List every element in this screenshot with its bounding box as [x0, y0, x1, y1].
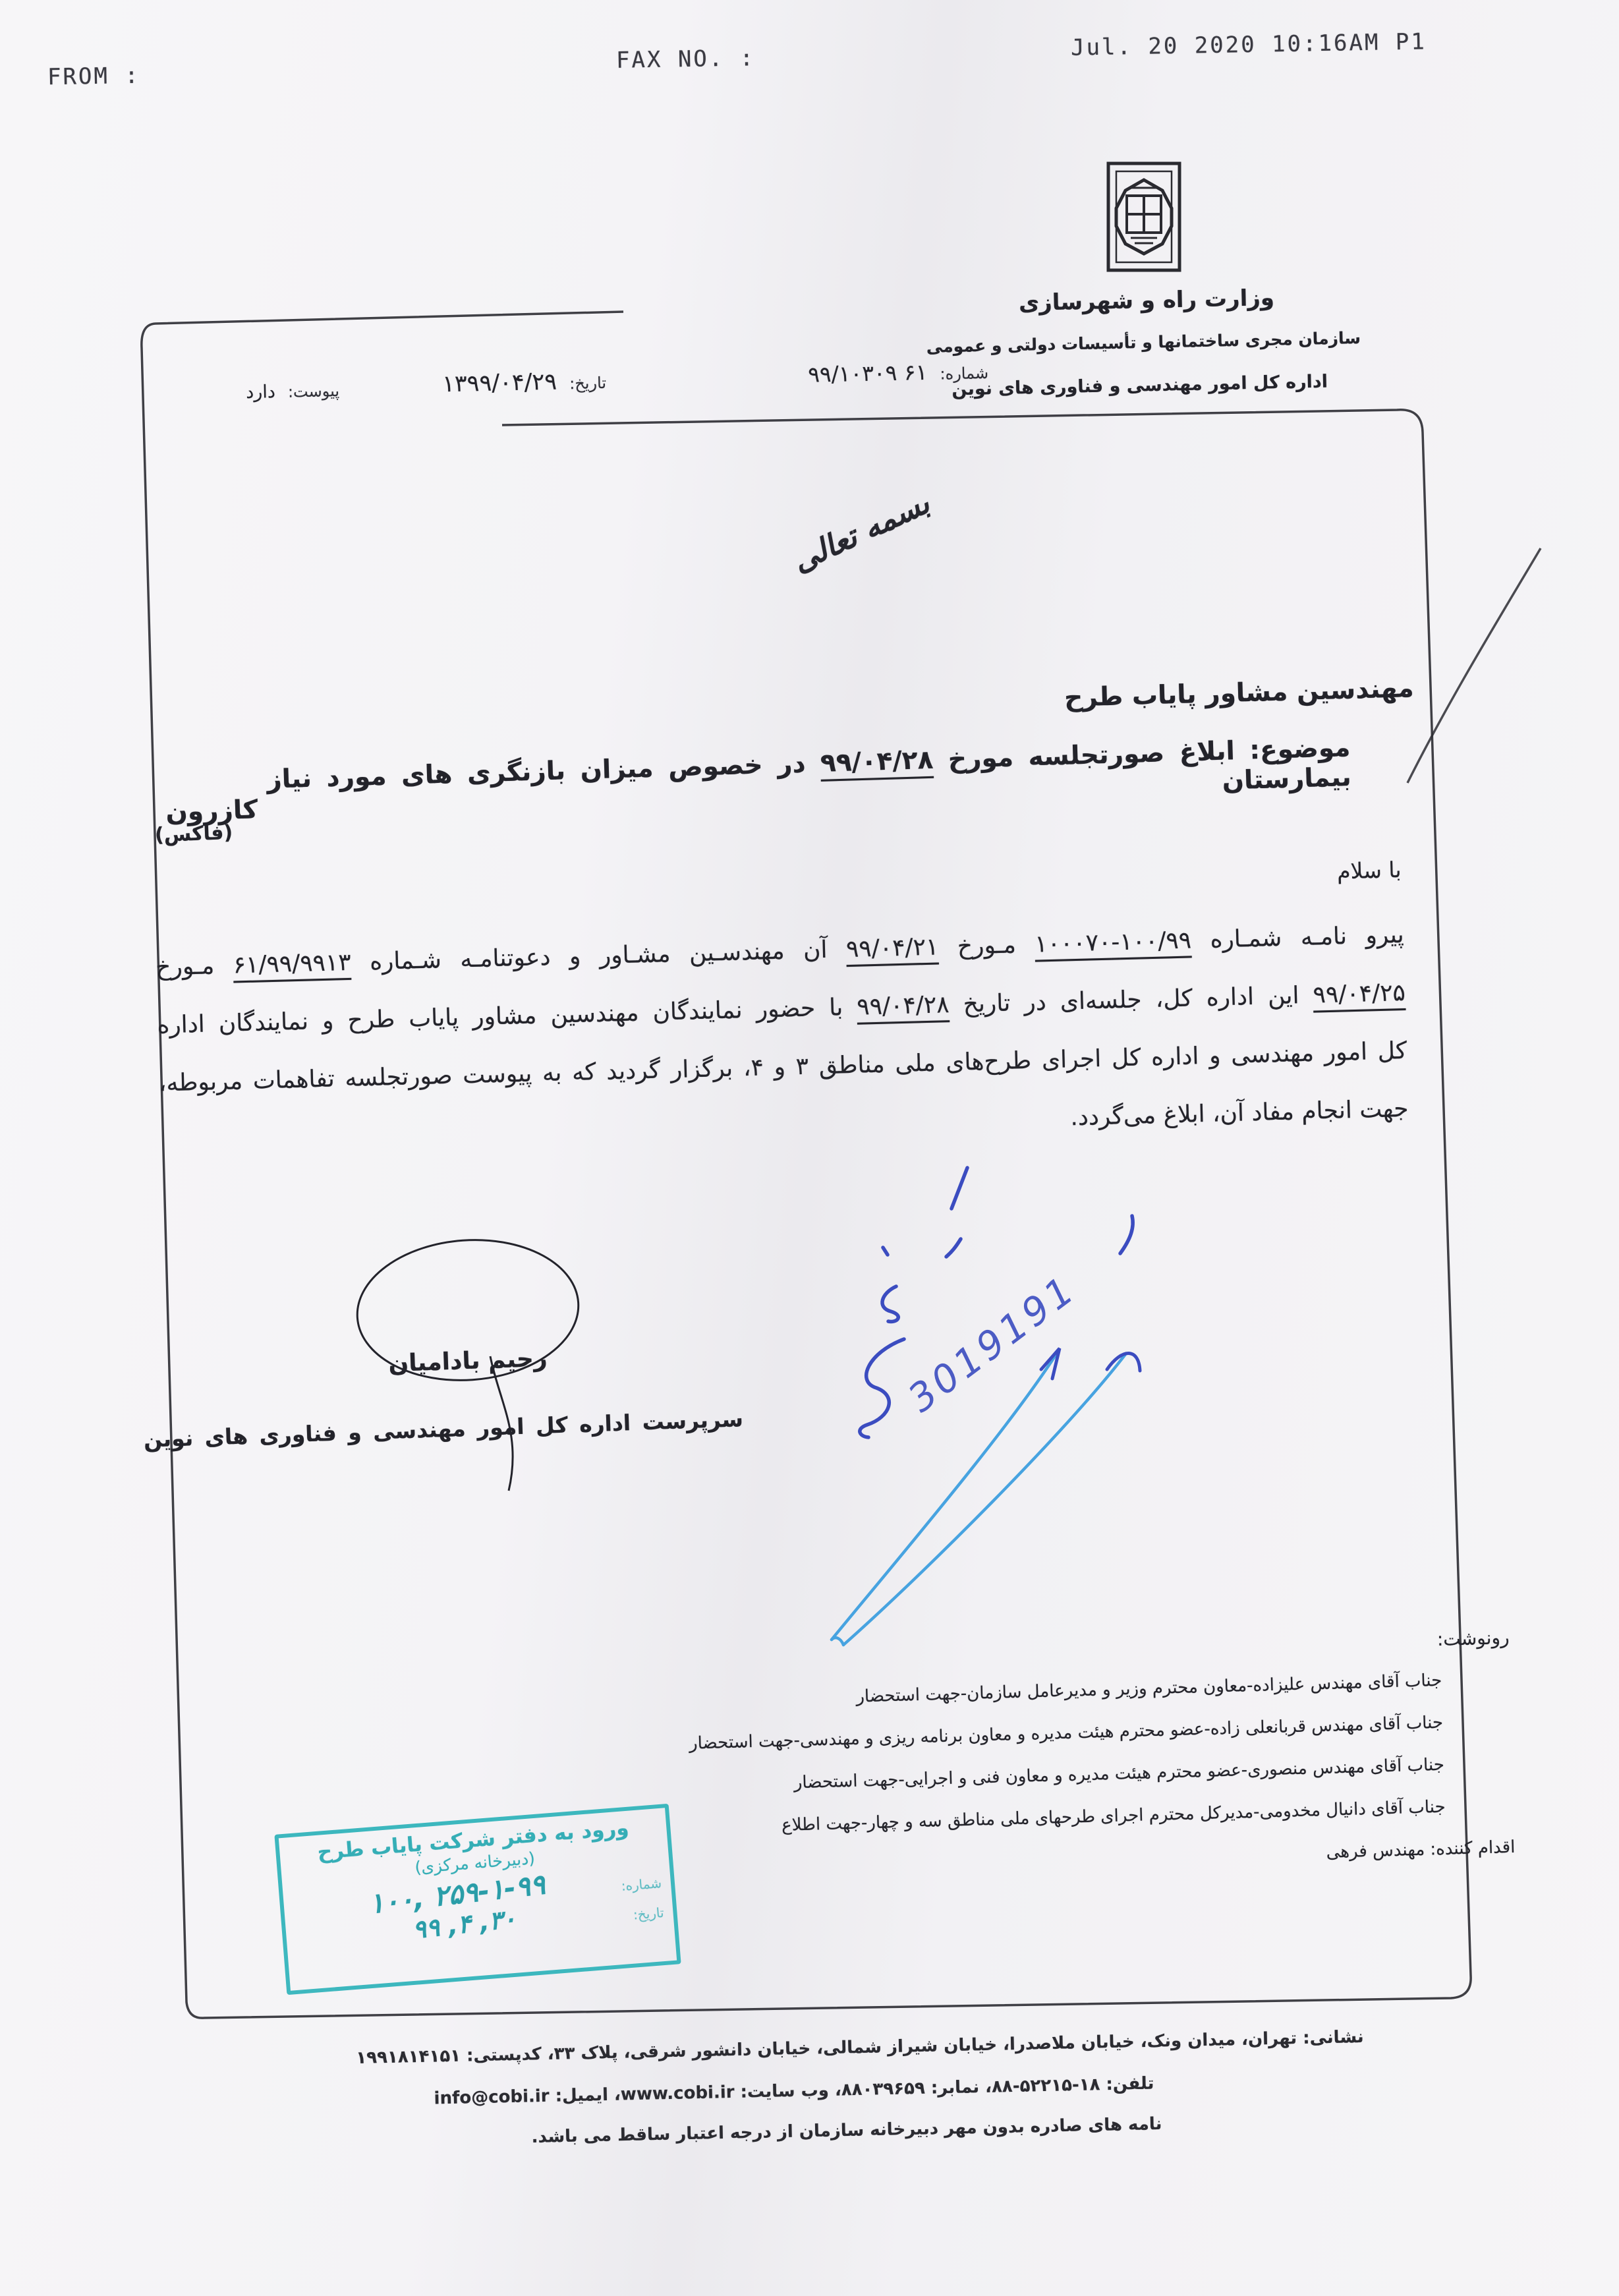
- body-text-segment: آن مهندسـین مشـاور و دعوتنامـه شـماره: [351, 936, 846, 976]
- signatory-name: رحیم بادامیان: [316, 1342, 619, 1380]
- pen-annotation-digits: 3019191: [900, 1266, 1085, 1421]
- body-paragraph: پیرو نامـه شمـاره ۱۰۰/۹۹-۱۰۰۰۷۰ مـورخ ۹۹…: [156, 921, 1410, 1186]
- besmele-calligraphy: بسمه تعالی: [787, 485, 934, 579]
- footer-address: نشانی: تهران، میدان ونک، خیابان ملاصدرا،…: [264, 2025, 1456, 2070]
- fax-timestamp: Jul. 20 2020 10:16AM P1: [1071, 28, 1427, 61]
- body-text-segment: پیرو نامـه شمـاره: [1191, 921, 1405, 954]
- letter-attachment-label: پیوست:: [288, 382, 340, 401]
- fax-from-label: FROM :: [47, 63, 141, 90]
- letter-date-label: تاریخ:: [569, 374, 606, 393]
- letter-date-group: تاریخ: ۱۳۹۹/۰۴/۲۹: [356, 368, 607, 399]
- subject-line: موضوع: ابلاغ صورتجلسه مورخ ۹۹/۰۴/۲۸ در خ…: [164, 733, 1351, 827]
- subject-date: ۹۹/۰۴/۲۸: [820, 745, 934, 778]
- salutation: با سلام: [1337, 857, 1402, 884]
- fax-delivery-note: (فاکس): [154, 821, 233, 847]
- body-meeting-date: ۹۹/۰۴/۲۸: [857, 991, 950, 1021]
- pen-check-strokes: [832, 1348, 1140, 1645]
- letter-number-label: شماره:: [940, 364, 988, 384]
- body-ref-number: ۱۰۰/۹۹-۱۰۰۰۷۰: [1035, 927, 1192, 958]
- footer-validity-note: نامه های صادره بدون مهر دبیرخانه سازمان …: [481, 2113, 1212, 2148]
- letter-attachment-group: پیوست: دارد: [155, 380, 340, 405]
- body-ref-date: ۹۹/۰۴/۲۱: [845, 933, 938, 963]
- letter-date-value: ۱۳۹۹/۰۴/۲۹: [442, 369, 557, 398]
- letter-number-value: ۶۱ ۹۹/۱۰۳۰۹: [808, 359, 928, 387]
- pen-diagonal-mark: [1407, 548, 1541, 783]
- body-text-segment: مـورخ: [156, 952, 234, 981]
- stamp-date-label: تاریخ:: [633, 1905, 664, 1923]
- signatory-title: سرپرست اداره کل امور مهندسی و فناوری های…: [183, 1406, 744, 1451]
- received-stamp: ورود به دفتر شرکت پایاب طرح (دبیرخانه مر…: [274, 1804, 681, 1995]
- letter-number-group: شماره: ۶۱ ۹۹/۱۰۳۰۹: [672, 358, 989, 390]
- ministry-emblem-icon: [1106, 161, 1183, 274]
- body-invite-date: ۹۹/۰۴/۲۵: [1313, 979, 1406, 1009]
- letterhead-department: اداره کل امور مهندسی و فناوری های نوین: [1044, 372, 1328, 398]
- letter-attachment-value: دارد: [246, 382, 275, 403]
- footer-contact: تلفن: ۱۸-۵۲۲۱۵-۸۸، نمابر: ۸۸۰۳۹۶۵۹، وب س…: [389, 2073, 1199, 2109]
- recipient-line: مهندسین مشاور پایاب طرح: [1064, 674, 1414, 713]
- body-text-segment: مـورخ: [938, 931, 1035, 961]
- cc-block: رونوشت: جناب آقای مهندس علیزاده-معاون مح…: [731, 1626, 1516, 1901]
- body-invite-number: ۶۱/۹۹/۹۹۱۳: [233, 949, 351, 979]
- pen-annotation-blue: [860, 1168, 1133, 1437]
- letterhead-ministry: وزارت راه و شهرسازی: [1018, 285, 1276, 316]
- scanned-fax-letter: FROM : FAX NO. : Jul. 20 2020 10:16AM P1…: [0, 0, 1619, 2296]
- letterhead-organization: سازمان مجری ساختمانها و تأسیسات دولتی و …: [985, 328, 1361, 355]
- fax-number-label: FAX NO. :: [616, 45, 756, 74]
